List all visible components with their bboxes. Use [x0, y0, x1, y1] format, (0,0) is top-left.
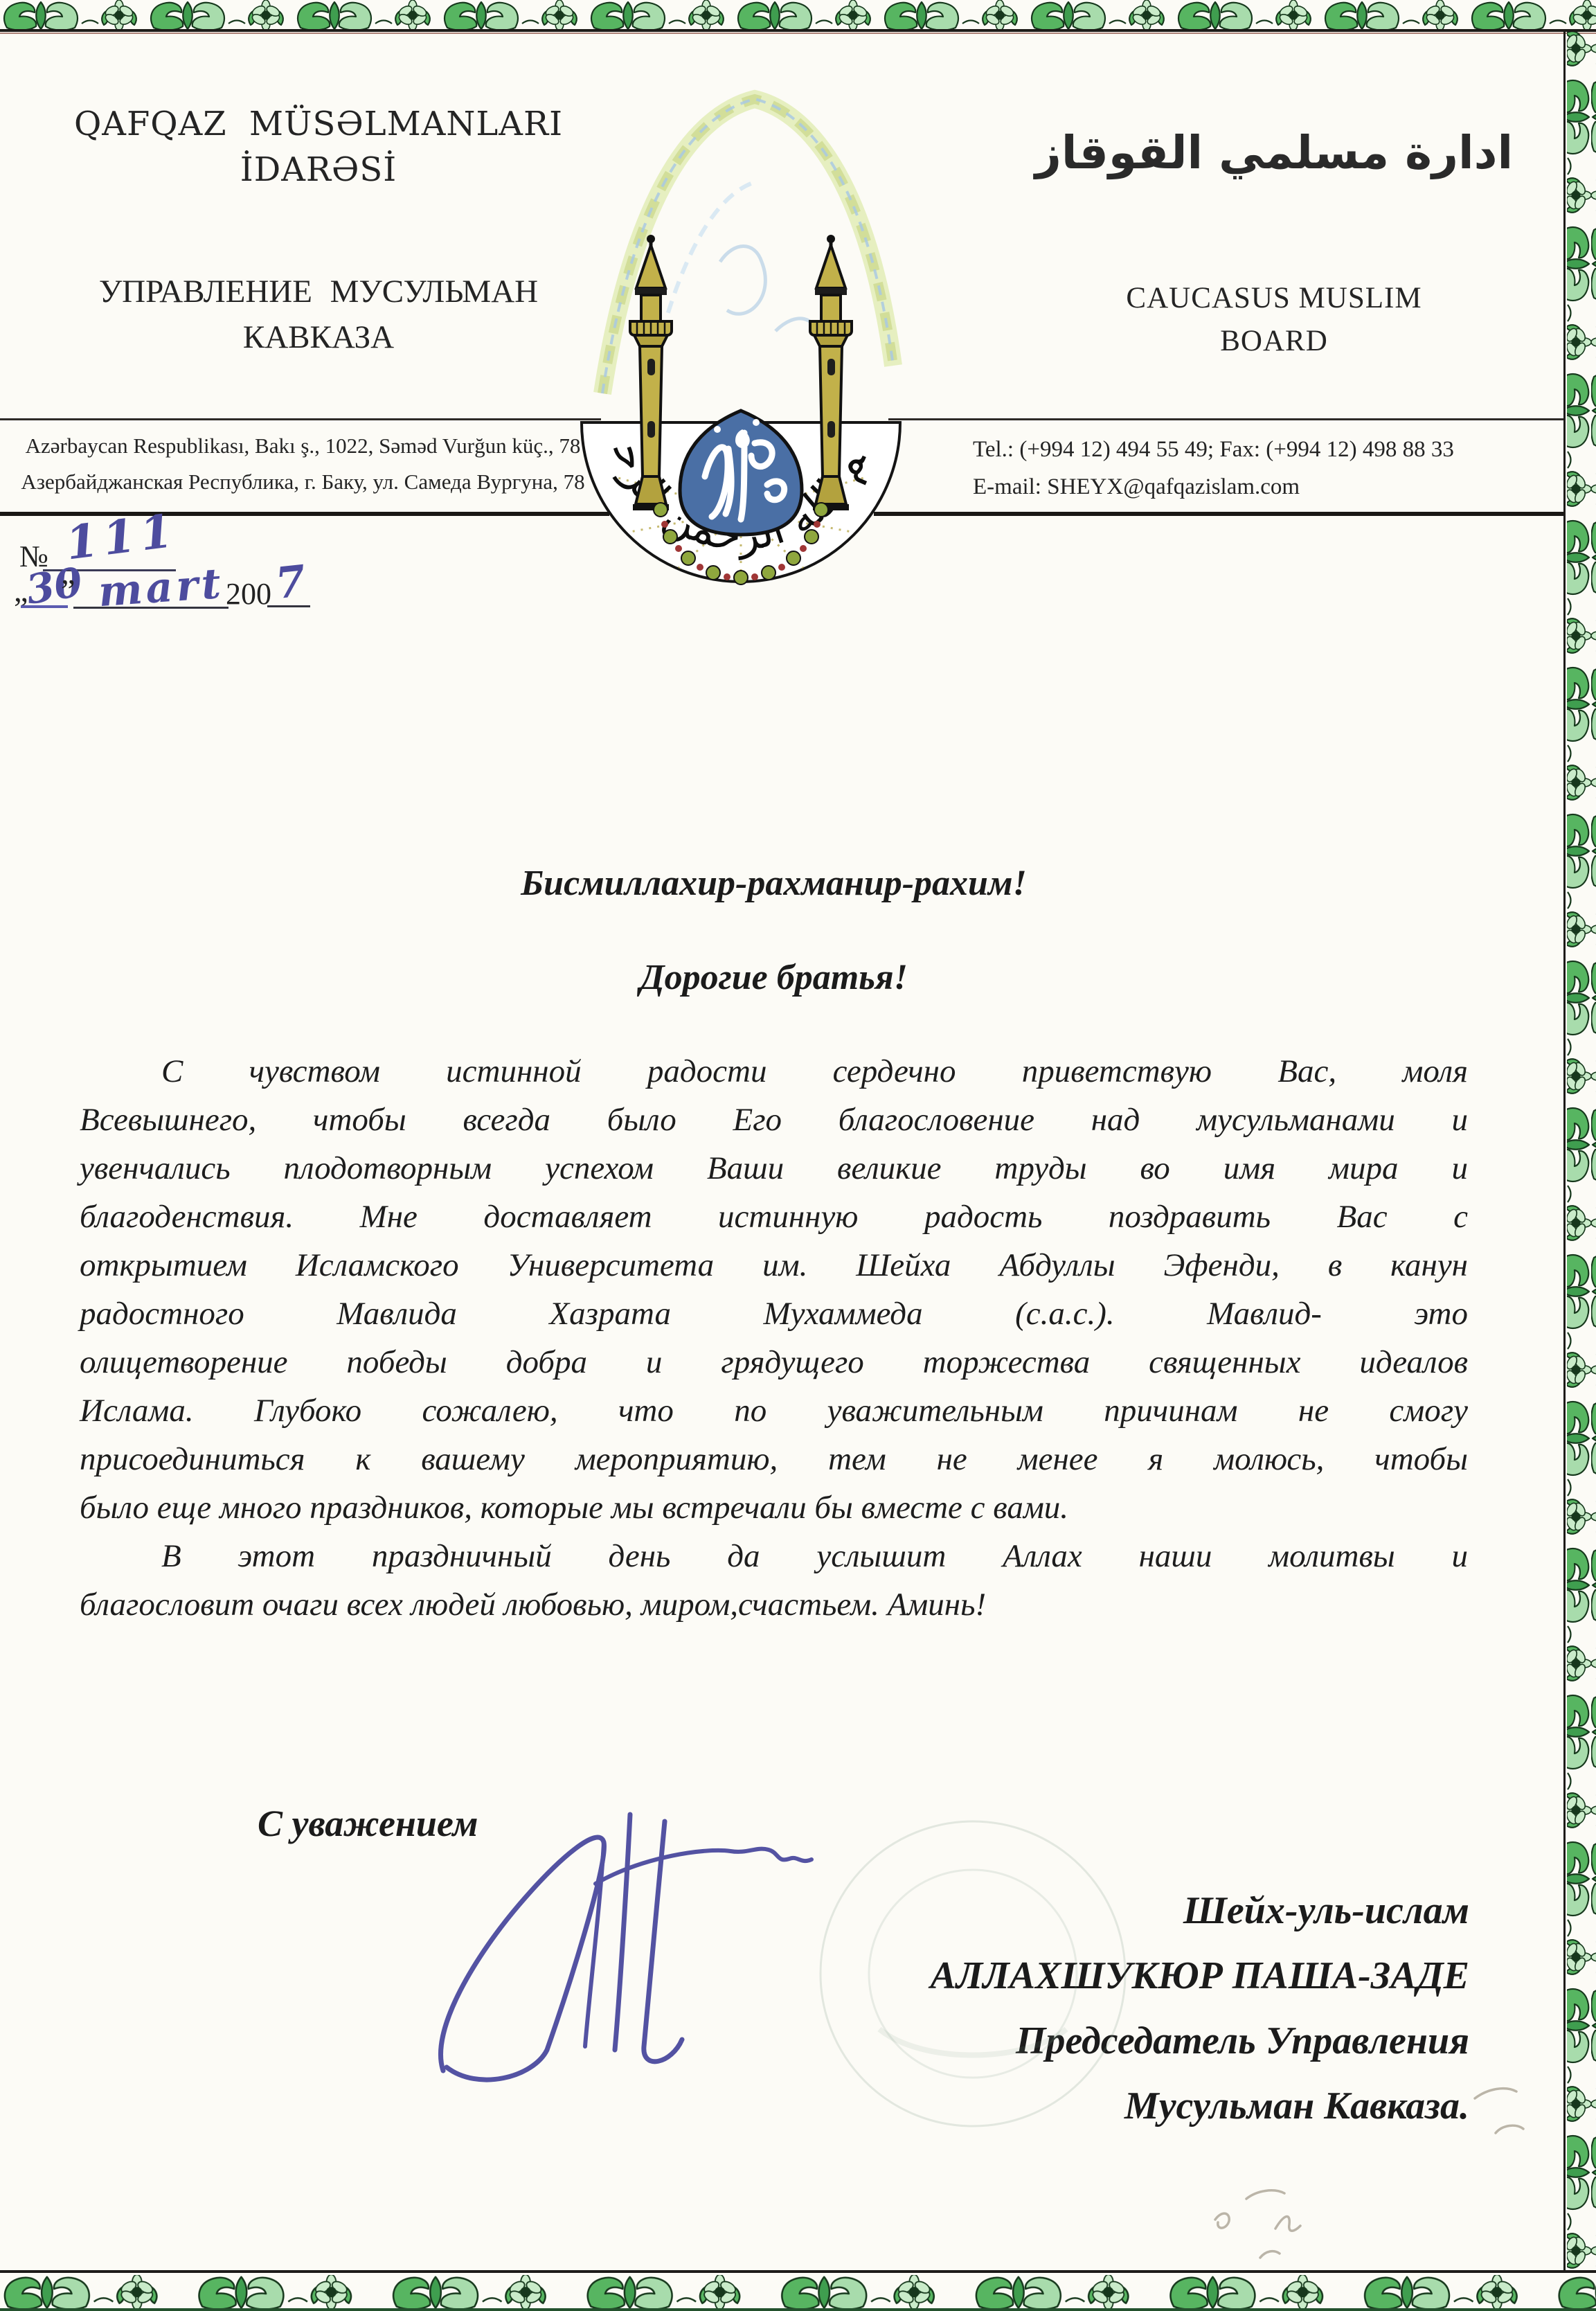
org-name-ru-line1: УПРАВЛЕНИЕ МУСУЛЬМАН — [28, 269, 609, 314]
address-block: Azərbaycan Respublikası, Bakı ş., 1022, … — [7, 428, 599, 500]
date-month-underline — [73, 607, 228, 609]
letter-body-line: благоденствия. Мне доставляет истинную р… — [80, 1193, 1468, 1241]
org-name-english: CAUCASUS MUSLIM BOARD — [1004, 277, 1544, 363]
letter-body-line: было еще много праздников, которые мы вс… — [80, 1483, 1468, 1532]
header-rule-top-right — [888, 418, 1563, 420]
contact-tel-fax: Tel.: (+994 12) 494 55 49; Fax: (+994 12… — [973, 431, 1548, 468]
org-name-az-line2: İDARƏSİ — [28, 147, 609, 193]
org-name-en-line1: CAUCASUS MUSLIM — [1004, 277, 1544, 320]
letter-body-line: Всевышнего, чтобы всегда было Его благос… — [80, 1096, 1468, 1144]
letter-body-line: увенчались плодотворным успехом Ваши вел… — [80, 1144, 1468, 1193]
org-name-en-line2: BOARD — [1004, 320, 1544, 363]
org-name-azerbaijani: QAFQAZ MÜSƏLMANLARI İDARƏSİ — [28, 101, 609, 193]
letter-body-line: присоединиться к вашему мероприятию, тем… — [80, 1435, 1468, 1483]
contact-email: E-mail: SHEYX@qafqazislam.com — [973, 468, 1548, 506]
org-name-az-line1: QAFQAZ MÜSƏLMANLARI — [28, 101, 609, 147]
letter-body-line: открытием Исламского Университета им. Ше… — [80, 1241, 1468, 1290]
header-rule-top-left — [0, 418, 601, 420]
letter-body: С чувством истинной радости сердечно при… — [80, 1047, 1468, 1629]
letter-body-line: С чувством истинной радости сердечно при… — [80, 1047, 1468, 1096]
letter-document: QAFQAZ MÜSƏLMANLARI İDARƏSİ УПРАВЛЕНИЕ М… — [0, 0, 1596, 2311]
letter-body-line: олицетворение победы добра и грядущего т… — [80, 1338, 1468, 1386]
org-name-arabic: ادارة مسلمي القوقاز — [1004, 126, 1544, 179]
address-azerbaijani: Azərbaycan Respublikası, Bakı ş., 1022, … — [7, 428, 599, 464]
date-day-underline — [21, 605, 68, 608]
salutation-bismillah: Бисмиллахир-рахманир-рахим! — [80, 863, 1468, 904]
salutation-brothers: Дорогие братья! — [80, 957, 1468, 998]
mosque-logo: بسم الله الرحمن الرحيم — [547, 33, 935, 608]
header-rule-bottom-right — [874, 512, 1563, 516]
date-year-handwritten: 7 — [273, 555, 308, 609]
handwritten-signature — [415, 1773, 914, 2105]
letter-body-line: благословит очаги всех людей любовью, ми… — [80, 1580, 1468, 1629]
bottom-border-ornament — [0, 2275, 1596, 2309]
date-quote-close: ” — [61, 572, 75, 609]
contact-block: Tel.: (+994 12) 494 55 49; Fax: (+994 12… — [973, 431, 1548, 506]
address-russian: Азербайджанская Республика, г. Баку, ул.… — [7, 464, 599, 500]
date-year-underline — [267, 605, 310, 607]
org-name-russian: УПРАВЛЕНИЕ МУСУЛЬМАН КАВКАЗА — [28, 269, 609, 360]
right-border-ornament — [1567, 32, 1596, 2273]
date-year-printed: 200 — [226, 576, 271, 612]
org-name-ru-line2: КАВКАЗА — [28, 314, 609, 360]
top-border-ornament — [0, 0, 1596, 29]
letter-body-line: Ислама. Глубоко сожалею, что по уважител… — [80, 1386, 1468, 1435]
letter-body-line: В этот праздничный день да услышит Аллах… — [80, 1532, 1468, 1580]
letter-body-line: радостного Мавлида Хазрата Мухаммеда (с.… — [80, 1290, 1468, 1338]
